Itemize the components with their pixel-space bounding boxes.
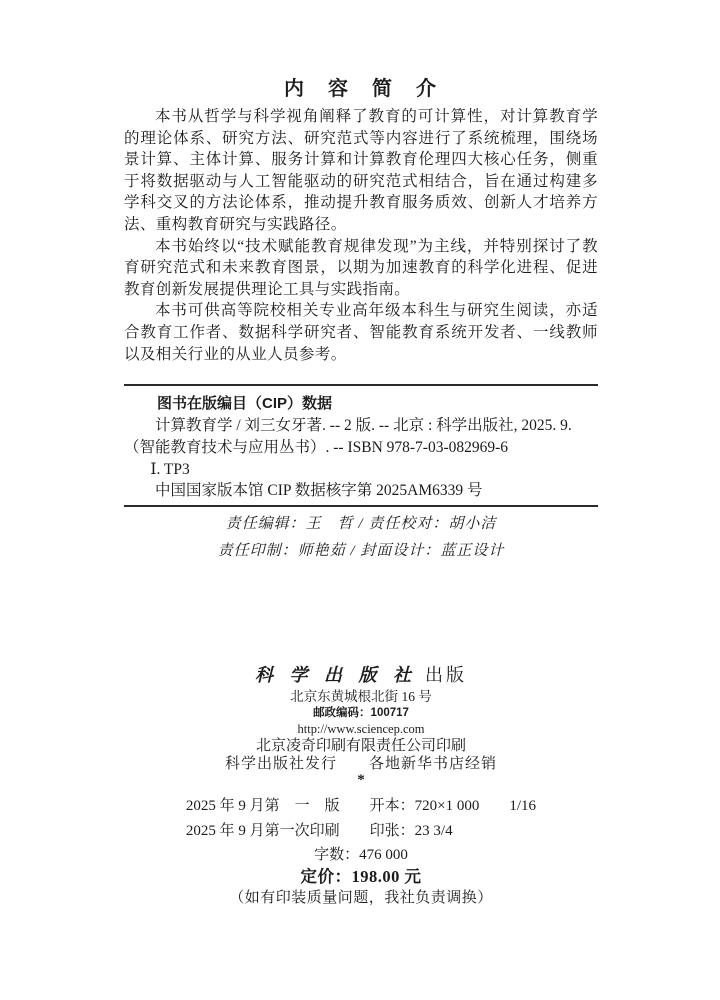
distribution-line: 科学出版社发行 各地新华书店经销 bbox=[124, 755, 598, 773]
book-copyright-page: 内 容 简 介 本书从哲学与科学视角阐释了教育的可计算性，对计算教育学的理论体系… bbox=[0, 0, 720, 1000]
intro-paragraph-2: 本书始终以“技术赋能教育规律发现”为主线，并特别探讨了教育研究范式和未来教育图景… bbox=[124, 236, 598, 301]
credits-editor-line: 责任编辑：王 哲 / 责任校对：胡小洁 bbox=[124, 511, 598, 538]
cip-heading: 图书在版编目（CIP）数据 bbox=[124, 392, 598, 415]
intro-title: 内 容 简 介 bbox=[124, 72, 598, 101]
credits-printing-line: 责任印制：师艳茹 / 封面设计：蓝正设计 bbox=[124, 538, 598, 565]
divider-bottom bbox=[124, 505, 598, 507]
cip-classification-line: Ⅰ. TP3 bbox=[124, 459, 598, 481]
edition-info-block: 2025 年 9 月第 一 版 开本：720×1 000 1/16 2025 年… bbox=[186, 794, 536, 844]
publisher-line: 科 学 出 版 社出版 bbox=[124, 662, 598, 688]
publisher-website: http://www.sciencep.com bbox=[124, 721, 598, 737]
publisher-address: 北京东黄城根北街 16 号 bbox=[124, 688, 598, 705]
publisher-postcode: 邮政编码：100717 bbox=[124, 705, 598, 721]
credits-block: 责任编辑：王 哲 / 责任校对：胡小洁 责任印制：师艳茹 / 封面设计：蓝正设计 bbox=[124, 511, 598, 565]
printer-line: 北京凌奇印刷有限责任公司印刷 bbox=[124, 737, 598, 755]
cip-block: 图书在版编目（CIP）数据 计算教育学 / 刘三女牙著. -- 2 版. -- … bbox=[124, 392, 598, 502]
price-line: 定价：198.00 元 bbox=[124, 866, 598, 888]
intro-paragraph-1: 本书从哲学与科学视角阐释了教育的可计算性，对计算教育学的理论体系、研究方法、研究… bbox=[124, 106, 598, 236]
intro-section: 本书从哲学与科学视角阐释了教育的可计算性，对计算教育学的理论体系、研究方法、研究… bbox=[124, 106, 598, 365]
separator-star: * bbox=[124, 773, 598, 787]
publisher-logo: 科 学 出 版 社 bbox=[255, 665, 417, 685]
cip-record-line: 中国国家版本馆 CIP 数据核字第 2025AM6339 号 bbox=[124, 480, 598, 502]
quality-note: （如有印装质量问题，我社负责调换） bbox=[124, 888, 598, 908]
printing-line: 2025 年 9 月第一次印刷 印张：23 3/4 bbox=[186, 819, 536, 844]
edition-line: 2025 年 9 月第 一 版 开本：720×1 000 1/16 bbox=[186, 794, 536, 819]
divider-top bbox=[124, 384, 598, 386]
intro-paragraph-3: 本书可供高等院校相关专业高年级本科生与研究生阅读，亦适合教育工作者、数据科学研究… bbox=[124, 300, 598, 365]
publisher-suffix: 出版 bbox=[425, 665, 467, 685]
word-count-line: 字数：476 000 bbox=[124, 844, 598, 866]
cip-series-line: （智能教育技术与应用丛书）. -- ISBN 978-7-03-082969-6 bbox=[124, 437, 598, 459]
cip-title-line: 计算教育学 / 刘三女牙著. -- 2 版. -- 北京 : 科学出版社, 20… bbox=[124, 415, 598, 437]
colophon-block: 科 学 出 版 社出版 北京东黄城根北街 16 号 邮政编码：100717 ht… bbox=[124, 662, 598, 908]
